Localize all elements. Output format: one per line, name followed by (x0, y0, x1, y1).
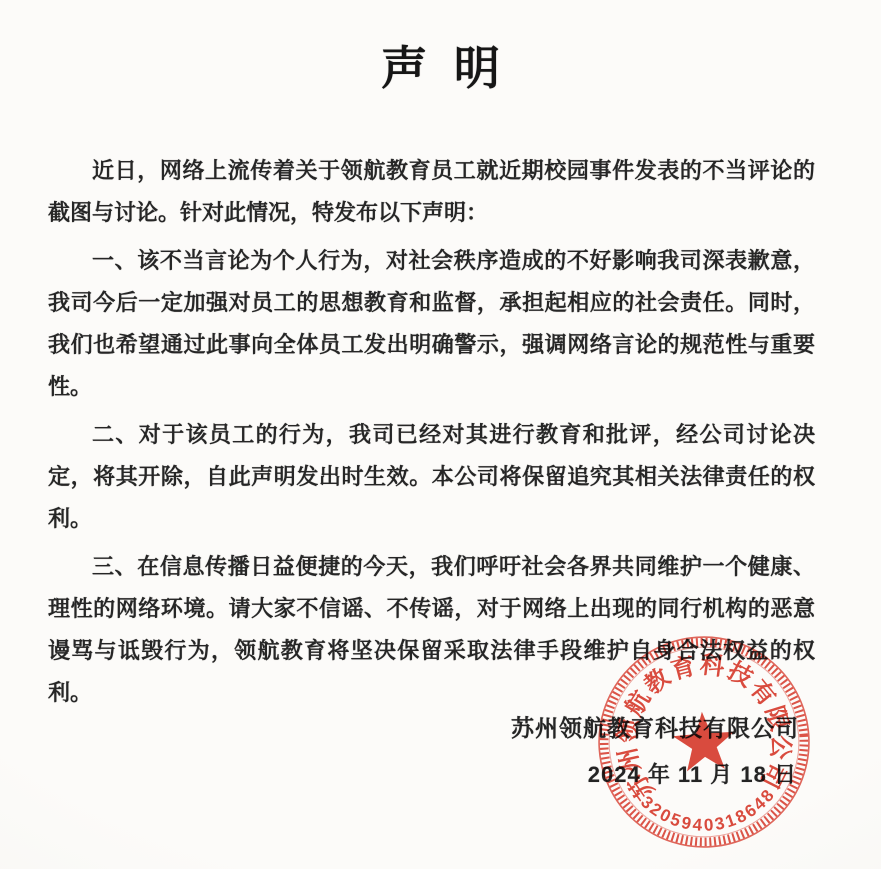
statement-paragraph: 近日，网络上流传着关于领航教育员工就近期校园事件发表的不当评论的截图与讨论。针对… (48, 150, 815, 234)
statement-title: 声明 (0, 0, 881, 98)
statement-paragraph: 一、该不当言论为个人行为，对社会秩序造成的不好影响我司深表歉意，我司今后一定加强… (48, 240, 815, 408)
seal-star-icon (671, 710, 736, 773)
statement-paragraph: 二、对于该员工的行为，我司已经对其进行教育和批评，经公司讨论决定，将其开除，自此… (48, 414, 815, 540)
statement-document: 声明 近日，网络上流传着关于领航教育员工就近期校园事件发表的不当评论的截图与讨论… (0, 0, 881, 869)
official-seal: 苏州领航教育科技有限公司 3205940318648 (584, 622, 823, 861)
